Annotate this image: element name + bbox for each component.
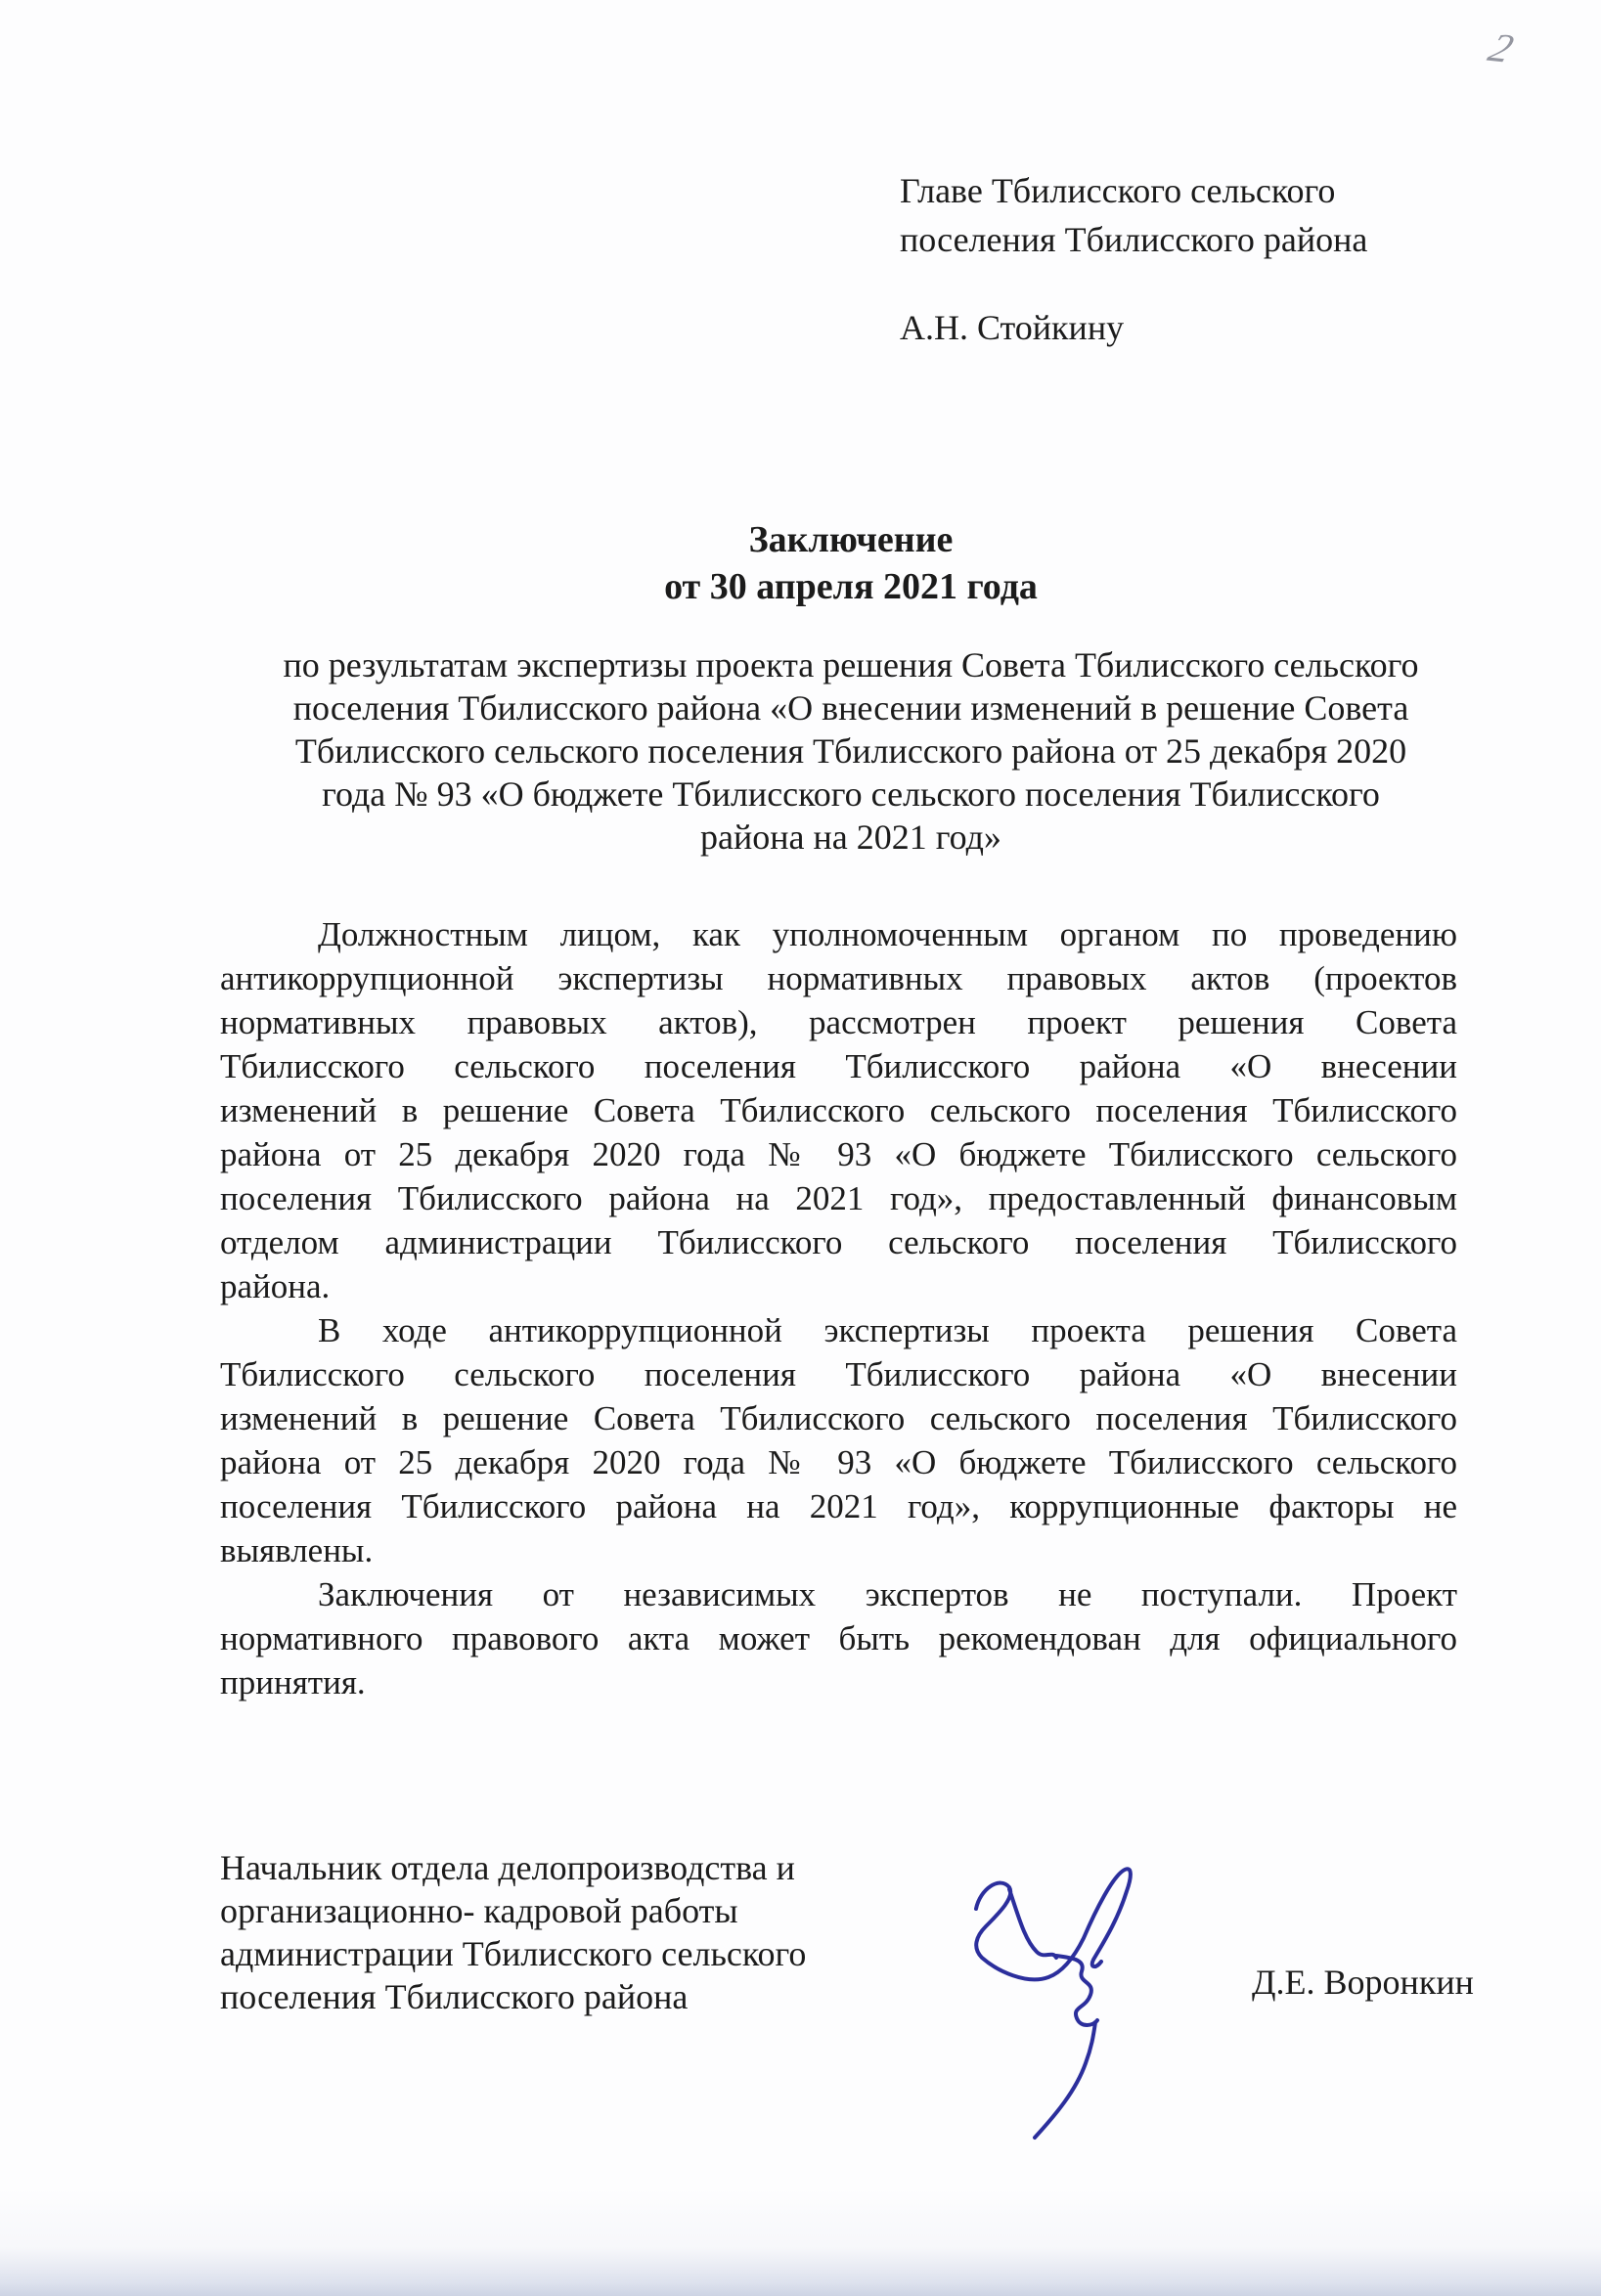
paragraph-3: Заключения от независимых экспертов не п… xyxy=(220,1572,1457,1704)
text-line: района от 25 декабря 2020 года № 93 «О б… xyxy=(220,1132,1457,1176)
signature-scribble xyxy=(976,1869,1131,2138)
text-line: Начальник отдела делопроизводства и xyxy=(220,1846,806,1889)
document-subtitle: по результатам экспертизы проекта решени… xyxy=(230,643,1472,859)
paragraph-2: В ходе антикоррупционной экспертизы прое… xyxy=(220,1308,1457,1572)
text-line: поселения Тбилисского района «О внесении… xyxy=(230,686,1472,729)
text-line: В ходе антикоррупционной экспертизы прое… xyxy=(220,1308,1457,1352)
document-page: 2 Главе Тбилисского сельского поселения … xyxy=(0,0,1601,2296)
handwritten-page-number: 2 xyxy=(1483,25,1520,73)
text-line: изменений в решение Совета Тбилисского с… xyxy=(220,1396,1457,1440)
text-line: организационно- кадровой работы xyxy=(220,1889,806,1932)
text-line: района на 2021 год» xyxy=(230,816,1472,859)
text-line: изменений в решение Совета Тбилисского с… xyxy=(220,1088,1457,1132)
text-line: отделом администрации Тбилисского сельск… xyxy=(220,1220,1457,1264)
scan-artifact-band xyxy=(0,2188,1601,2296)
document-title-line-2: от 30 апреля 2021 года xyxy=(230,563,1472,610)
text-line: года № 93 «О бюджете Тбилисского сельско… xyxy=(230,773,1472,816)
text-line: Тбилисского сельского поселения Тбилисск… xyxy=(220,1044,1457,1088)
document-title-line-1: Заключение xyxy=(230,516,1472,563)
text-line: Заключения от независимых экспертов не п… xyxy=(220,1572,1457,1616)
text-line: района. xyxy=(220,1264,1457,1308)
text-line: поселения Тбилисского района xyxy=(220,1975,806,2018)
text-line: администрации Тбилисского сельского xyxy=(220,1932,806,1975)
signer-position-block: Начальник отдела делопроизводства иорган… xyxy=(220,1846,806,2018)
recipient-block: Главе Тбилисского сельского поселения Тб… xyxy=(900,166,1367,352)
recipient-line-2: поселения Тбилисского района xyxy=(900,215,1367,264)
text-line: поселения Тбилисского района на 2021 год… xyxy=(220,1484,1457,1528)
text-line: Должностным лицом, как уполномоченным ор… xyxy=(220,912,1457,956)
document-body: Должностным лицом, как уполномоченным ор… xyxy=(220,912,1457,1704)
text-line: принятия. xyxy=(220,1660,1457,1704)
text-line: Тбилисского сельского поселения Тбилисск… xyxy=(220,1352,1457,1396)
document-title: Заключение от 30 апреля 2021 года xyxy=(230,516,1472,610)
text-line: поселения Тбилисского района на 2021 год… xyxy=(220,1176,1457,1220)
text-line: по результатам экспертизы проекта решени… xyxy=(230,643,1472,686)
text-line: антикоррупционной экспертизы нормативных… xyxy=(220,956,1457,1000)
recipient-line-1: Главе Тбилисского сельского xyxy=(900,166,1367,215)
text-line: Тбилисского сельского поселения Тбилисск… xyxy=(230,729,1472,773)
paragraph-1: Должностным лицом, как уполномоченным ор… xyxy=(220,912,1457,1308)
text-line: района от 25 декабря 2020 года № 93 «О б… xyxy=(220,1440,1457,1484)
text-line: нормативных правовых актов), рассмотрен … xyxy=(220,1000,1457,1044)
signer-name: Д.Е. Воронкин xyxy=(1252,1962,1474,2003)
recipient-name: А.Н. Стойкину xyxy=(900,303,1367,352)
text-line: нормативного правового акта может быть р… xyxy=(220,1616,1457,1660)
text-line: выявлены. xyxy=(220,1528,1457,1572)
handwritten-signature-icon xyxy=(939,1848,1154,2151)
